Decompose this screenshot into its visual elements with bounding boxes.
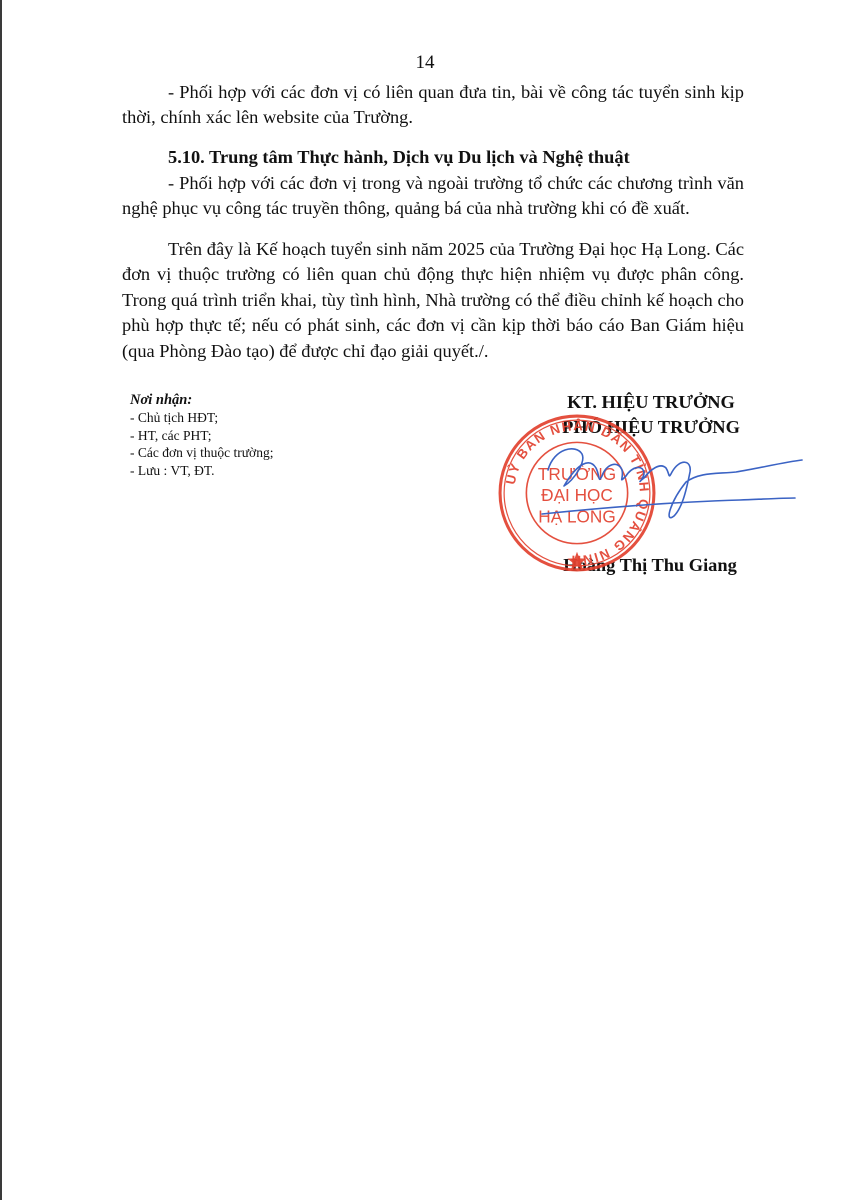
recipient-item: - Chủ tịch HĐT; [130,409,273,426]
paragraph-conclusion: Trên đây là Kế hoạch tuyển sinh năm 2025… [122,237,744,364]
section-heading-5-10: 5.10. Trung tâm Thực hành, Dịch vụ Du lị… [122,145,744,170]
paragraph-website-news: - Phối hợp với các đơn vị có liên quan đ… [122,80,744,131]
recipients-list: Nơi nhận: - Chủ tịch HĐT; - HT, các PHT;… [130,392,273,479]
recipient-item: - Các đơn vị thuộc trường; [130,444,273,461]
recipient-item: - Lưu : VT, ĐT. [130,462,273,479]
paragraph-text: - Phối hợp với các đơn vị có liên quan đ… [122,80,744,131]
page-number: 14 [0,52,850,74]
recipient-item: - HT, các PHT; [130,427,273,444]
paragraph-text: Trên đây là Kế hoạch tuyển sinh năm 2025… [122,237,744,364]
recipients-title: Nơi nhận: [130,392,273,409]
handwritten-signature-icon [540,432,805,522]
paragraph-text: - Phối hợp với các đơn vị trong và ngoài… [122,171,744,222]
document-page: 14 - Phối hợp với các đơn vị có liên qua… [0,0,850,1200]
signature-block: KT. HIỆU TRƯỞNG PHÓ HIỆU TRƯỞNG Hoàng Th… [500,392,800,592]
paragraph-arts-center: - Phối hợp với các đơn vị trong và ngoài… [122,171,744,222]
heading-text: 5.10. Trung tâm Thực hành, Dịch vụ Du lị… [122,145,744,170]
signer-title-line1: KT. HIỆU TRƯỞNG [501,392,801,413]
